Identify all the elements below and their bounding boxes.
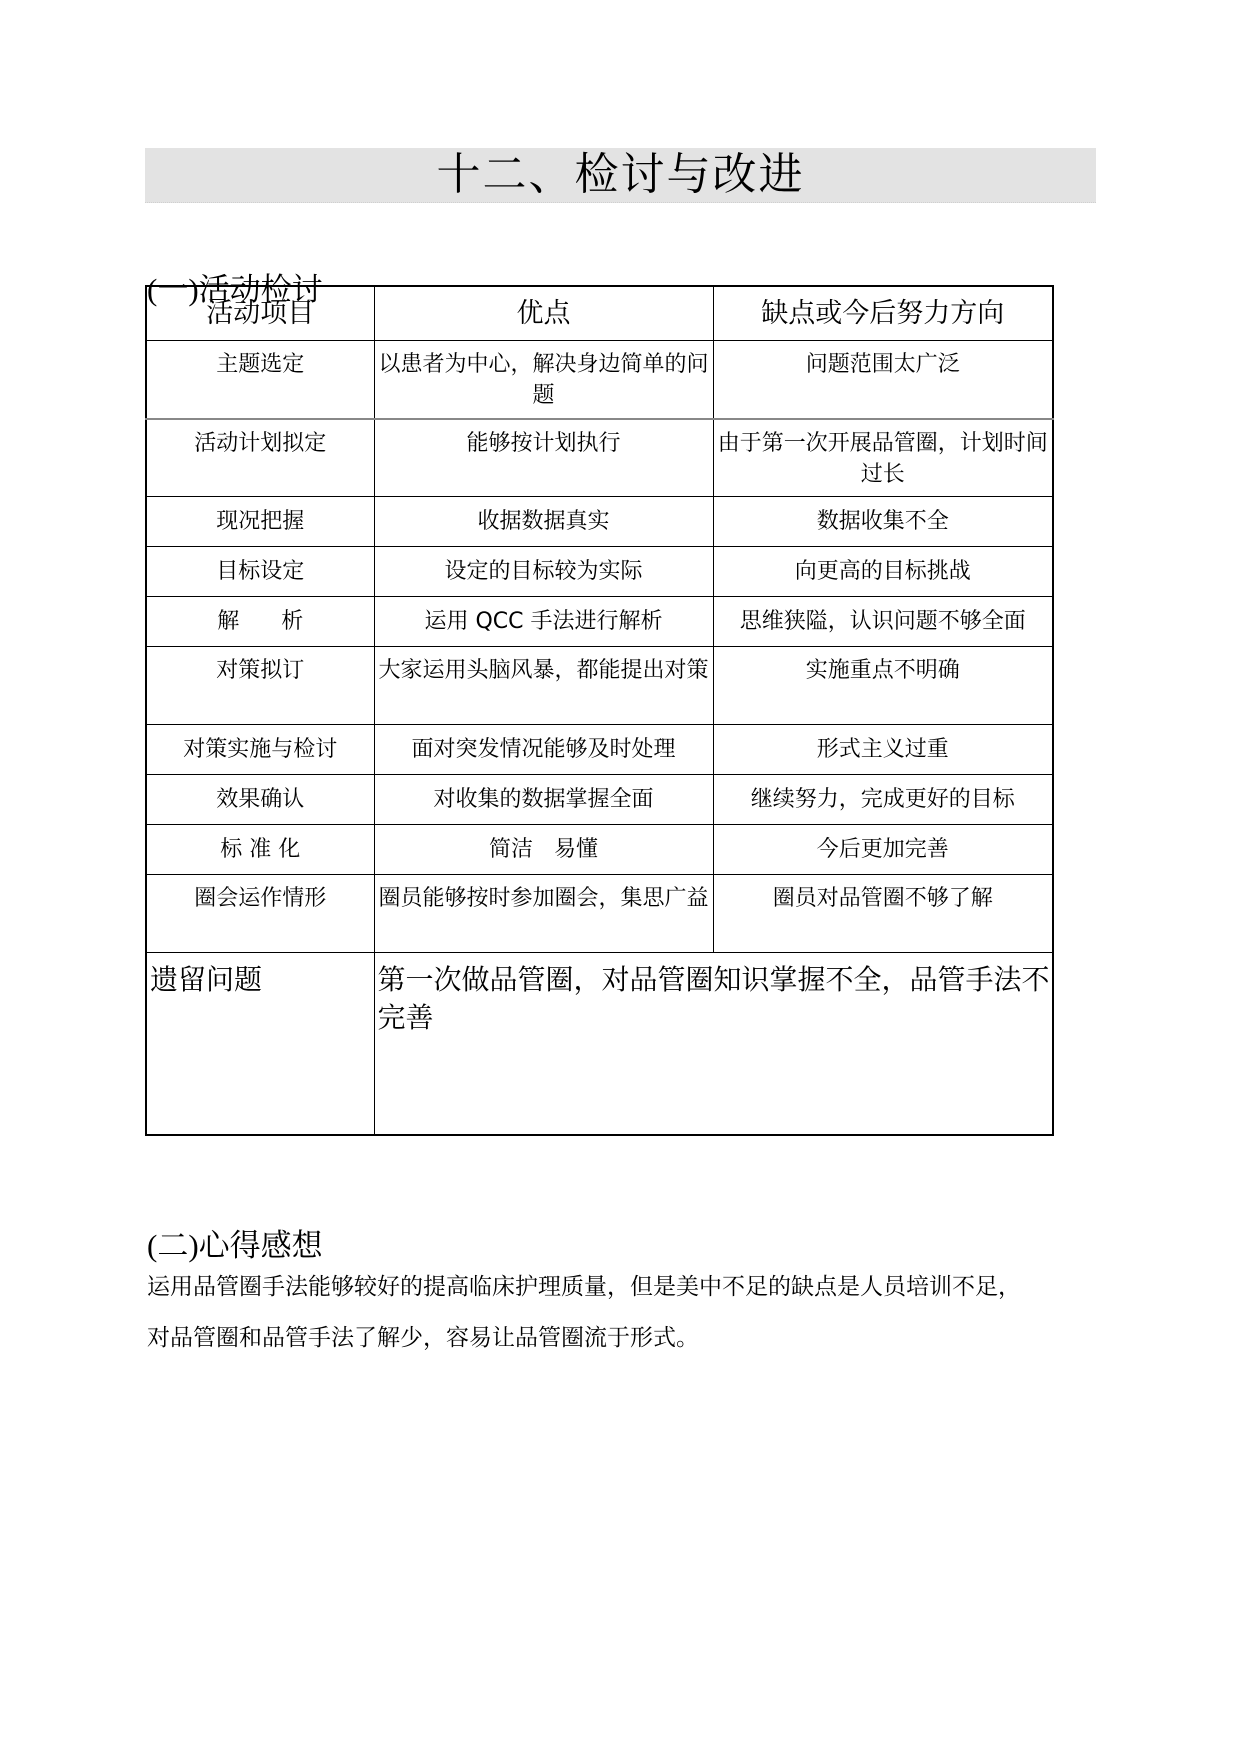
paragraph-line: 对品管圈和品管手法了解少，容易让品管圈流于形式。: [147, 1313, 1107, 1364]
section-heading-reflections: (二)心得感想: [147, 1226, 323, 1266]
cell-weakness: 问题范围太广泛: [713, 341, 1053, 419]
table-header-row: 活动项目 优点 缺点或今后努力方向: [146, 286, 1053, 341]
cell-item: 对策拟订: [146, 647, 374, 725]
remaining-issues-row: 遗留问题 第一次做品管圈，对品管圈知识掌握不全，品管手法不完善: [146, 953, 1053, 1136]
cell-strength: 大家运用头脑风暴，都能提出对策: [374, 647, 713, 725]
cell-strength: 运用 QCC 手法进行解析: [374, 597, 713, 647]
column-header-weaknesses: 缺点或今后努力方向: [713, 286, 1053, 341]
cell-strength: 圈员能够按时参加圈会，集思广益: [374, 875, 713, 953]
cell-item: 标 准 化: [146, 825, 374, 875]
table-row: 目标设定 设定的目标较为实际 向更高的目标挑战: [146, 547, 1053, 597]
cell-item: 圈会运作情形: [146, 875, 374, 953]
cell-strength: 面对突发情况能够及时处理: [374, 725, 713, 775]
cell-strength: 简洁 易懂: [374, 825, 713, 875]
remaining-issues-label: 遗留问题: [146, 953, 374, 1136]
cell-weakness: 圈员对品管圈不够了解: [713, 875, 1053, 953]
cell-strength: 对收集的数据掌握全面: [374, 775, 713, 825]
cell-weakness: 今后更加完善: [713, 825, 1053, 875]
section-title: 心得感想: [199, 1228, 323, 1264]
table-row: 圈会运作情形 圈员能够按时参加圈会，集思广益 圈员对品管圈不够了解: [146, 875, 1053, 953]
cell-weakness: 继续努力，完成更好的目标: [713, 775, 1053, 825]
table-row: 解 析 运用 QCC 手法进行解析 思维狭隘，认识问题不够全面: [146, 597, 1053, 647]
table-row: 现况把握 收据数据真实 数据收集不全: [146, 497, 1053, 547]
cell-item: 主题选定: [146, 341, 374, 419]
table-row: 活动计划拟定 能够按计划执行 由于第一次开展品管圈，计划时间过长: [146, 419, 1053, 497]
cell-item: 活动计划拟定: [146, 419, 374, 497]
page-title: 十二、检讨与改进: [437, 148, 805, 202]
table-row: 对策拟订 大家运用头脑风暴，都能提出对策 实施重点不明确: [146, 647, 1053, 725]
table-row: 主题选定 以患者为中心，解决身边简单的问题 问题范围太广泛: [146, 341, 1053, 419]
paragraph-line: 运用品管圈手法能够较好的提高临床护理质量，但是美中不足的缺点是人员培训不足，: [147, 1262, 1107, 1313]
reflection-paragraph: 运用品管圈手法能够较好的提高临床护理质量，但是美中不足的缺点是人员培训不足， 对…: [147, 1262, 1107, 1364]
cell-item: 现况把握: [146, 497, 374, 547]
table-row: 对策实施与检讨 面对突发情况能够及时处理 形式主义过重: [146, 725, 1053, 775]
cell-strength: 以患者为中心，解决身边简单的问题: [374, 341, 713, 419]
remaining-issues-text: 第一次做品管圈，对品管圈知识掌握不全，品管手法不完善: [374, 953, 1053, 1136]
cell-weakness: 数据收集不全: [713, 497, 1053, 547]
cell-weakness: 实施重点不明确: [713, 647, 1053, 725]
cell-strength: 能够按计划执行: [374, 419, 713, 497]
cell-strength: 设定的目标较为实际: [374, 547, 713, 597]
cell-weakness: 形式主义过重: [713, 725, 1053, 775]
cell-weakness: 思维狭隘，认识问题不够全面: [713, 597, 1053, 647]
table-row: 效果确认 对收集的数据掌握全面 继续努力，完成更好的目标: [146, 775, 1053, 825]
cell-item: 对策实施与检讨: [146, 725, 374, 775]
section-number: (二): [147, 1228, 199, 1263]
cell-strength: 收据数据真实: [374, 497, 713, 547]
column-header-item: 活动项目: [146, 286, 374, 341]
activity-review-table: 活动项目 优点 缺点或今后努力方向 主题选定 以患者为中心，解决身边简单的问题 …: [145, 285, 1054, 1136]
cell-weakness: 向更高的目标挑战: [713, 547, 1053, 597]
cell-weakness: 由于第一次开展品管圈，计划时间过长: [713, 419, 1053, 497]
column-header-strengths: 优点: [374, 286, 713, 341]
cell-item: 目标设定: [146, 547, 374, 597]
cell-item: 解 析: [146, 597, 374, 647]
cell-item: 效果确认: [146, 775, 374, 825]
table-row: 标 准 化 简洁 易懂 今后更加完善: [146, 825, 1053, 875]
title-band: 十二、检讨与改进: [145, 148, 1096, 203]
